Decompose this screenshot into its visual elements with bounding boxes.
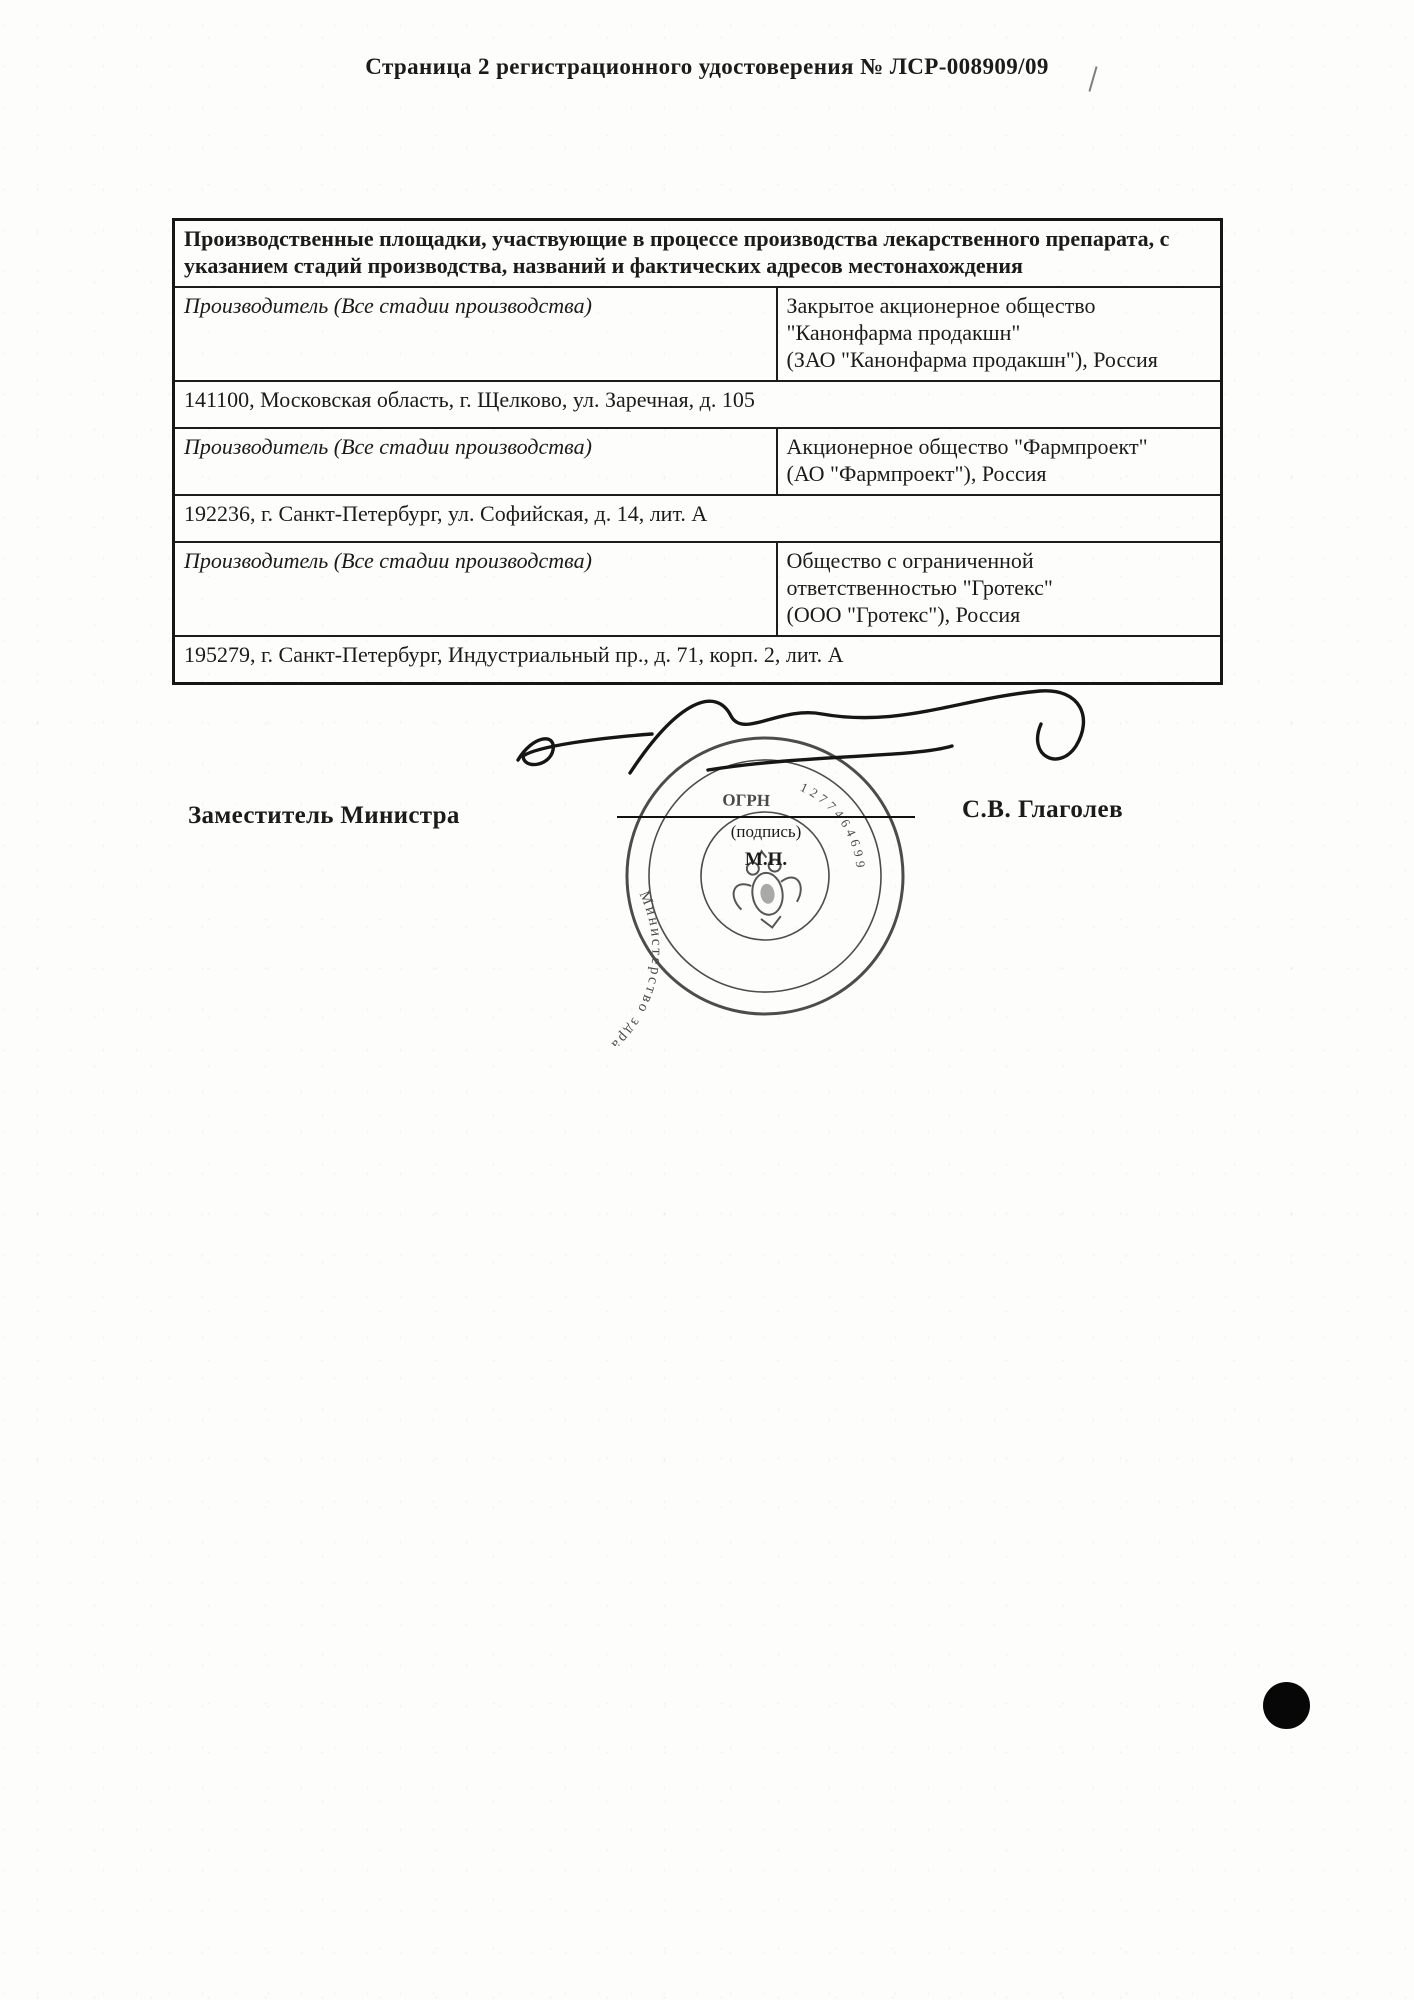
scanned-document-page: Страница 2 регистрационного удостоверени… [0,0,1414,2000]
punch-hole-mark [1263,1682,1310,1729]
seal-ring-text: Министерство здравоохранения Российской … [595,874,682,1046]
company-line: "Канонфарма продакшн" [787,319,1212,346]
official-title: Заместитель Министра [188,802,460,830]
table-row: 192236, г. Санкт-Петербург, ул. Софийска… [174,495,1222,542]
company-line: Акционерное общество "Фармпроект" [787,433,1212,460]
producer-role-cell: Производитель (Все стадии производства) [174,428,777,495]
table-row: Производитель (Все стадии производства) … [174,287,1222,381]
table-row: Производитель (Все стадии производства) … [174,428,1222,495]
page-header-line: Страница 2 регистрационного удостоверени… [0,54,1414,80]
company-line: ответственностью "Гротекс" [787,574,1212,601]
table-title: Производственные площадки, участвующие в… [174,220,1222,288]
company-line: (ООО "Гротекс"), Россия [787,601,1212,628]
company-line: (ЗАО "Канонфарма продакшн"), Россия [787,346,1212,373]
producer-role-cell: Производитель (Все стадии производства) [174,287,777,381]
seal-place-label: М.П. [646,849,886,871]
company-line: Общество с ограниченной [787,547,1212,574]
production-sites-table: Производственные площадки, участвующие в… [172,218,1223,685]
company-line: (АО "Фармпроект"), Россия [787,460,1212,487]
table-row: Производитель (Все стадии производства) … [174,542,1222,636]
producer-role-cell: Производитель (Все стадии производства) [174,542,777,636]
svg-text:Министерство здравоохранения Р: Министерство здравоохранения Российской … [595,874,682,1046]
handwritten-signature [480,676,1120,816]
producer-company-cell: Акционерное общество "Фармпроект" (АО "Ф… [777,428,1222,495]
signer-name: С.В. Глаголев [962,796,1123,824]
signature-caption: (подпись) [646,822,886,842]
company-line: Закрытое акционерное общество [787,292,1212,319]
table-row: Производственные площадки, участвующие в… [174,220,1222,288]
producer-address-cell: 141100, Московская область, г. Щелково, … [174,381,1222,428]
table-row: 141100, Московская область, г. Щелково, … [174,381,1222,428]
producer-company-cell: Общество с ограниченной ответственностью… [777,542,1222,636]
signature-line [617,816,915,818]
producer-company-cell: Закрытое акционерное общество "Канонфарм… [777,287,1222,381]
producer-address-cell: 192236, г. Санкт-Петербург, ул. Софийска… [174,495,1222,542]
